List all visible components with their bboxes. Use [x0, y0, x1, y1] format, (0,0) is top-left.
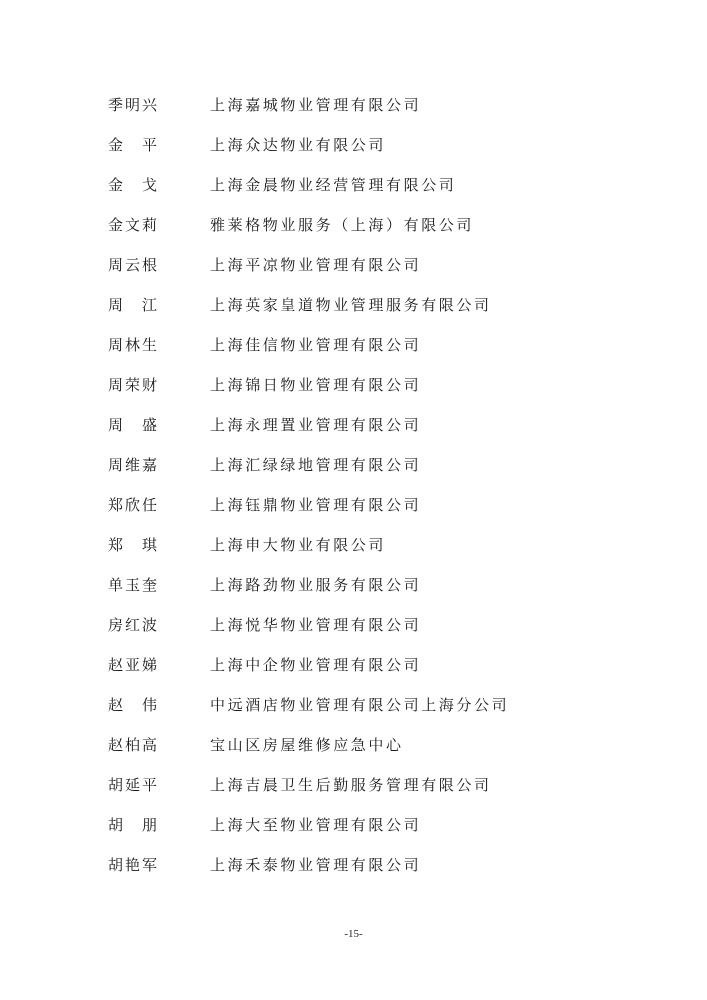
- person-name: 郑欣任: [108, 494, 210, 516]
- person-name: 金 戈: [108, 174, 210, 196]
- list-item: 周维嘉 上海汇绿绿地管理有限公司: [108, 454, 628, 494]
- list-item: 周云根 上海平凉物业管理有限公司: [108, 254, 628, 294]
- company-name: 上海英家皇道物业管理服务有限公司: [210, 294, 628, 316]
- company-name: 上海吉晨卫生后勤服务管理有限公司: [210, 774, 628, 796]
- person-name: 胡延平: [108, 774, 210, 796]
- page-number: -15-: [0, 928, 707, 940]
- company-name: 上海佳信物业管理有限公司: [210, 334, 628, 356]
- person-name: 周 江: [108, 294, 210, 316]
- list-item: 金 平 上海众达物业有限公司: [108, 134, 628, 174]
- list-item: 周林生 上海佳信物业管理有限公司: [108, 334, 628, 374]
- list-item: 周荣财 上海锦日物业管理有限公司: [108, 374, 628, 414]
- person-name: 赵亚娣: [108, 654, 210, 676]
- list-item: 胡 朋 上海大至物业管理有限公司: [108, 814, 628, 854]
- list-item: 季明兴 上海嘉城物业管理有限公司: [108, 94, 628, 134]
- person-name: 单玉奎: [108, 574, 210, 596]
- company-name: 中远酒店物业管理有限公司上海分公司: [210, 694, 628, 716]
- company-name: 上海永理置业管理有限公司: [210, 414, 628, 436]
- person-name: 周 盛: [108, 414, 210, 436]
- list-item: 周 盛 上海永理置业管理有限公司: [108, 414, 628, 454]
- list-item: 金文莉 雅莱格物业服务（上海）有限公司: [108, 214, 628, 254]
- list-item: 郑欣任 上海钰鼎物业管理有限公司: [108, 494, 628, 534]
- list-item: 周 江 上海英家皇道物业管理服务有限公司: [108, 294, 628, 334]
- person-name: 赵 伟: [108, 694, 210, 716]
- list-item: 胡艳军 上海禾泰物业管理有限公司: [108, 854, 628, 894]
- person-name: 金文莉: [108, 214, 210, 236]
- person-name: 周荣财: [108, 374, 210, 396]
- company-name: 上海金晨物业经营管理有限公司: [210, 174, 628, 196]
- company-name: 上海中企物业管理有限公司: [210, 654, 628, 676]
- person-name: 季明兴: [108, 94, 210, 116]
- person-name: 赵柏高: [108, 734, 210, 756]
- list-item: 赵 伟 中远酒店物业管理有限公司上海分公司: [108, 694, 628, 734]
- person-name: 周维嘉: [108, 454, 210, 476]
- company-name: 宝山区房屋维修应急中心: [210, 734, 628, 756]
- list-item: 郑 琪 上海申大物业有限公司: [108, 534, 628, 574]
- company-name: 雅莱格物业服务（上海）有限公司: [210, 214, 628, 236]
- person-name: 周林生: [108, 334, 210, 356]
- company-name: 上海悦华物业管理有限公司: [210, 614, 628, 636]
- company-name: 上海禾泰物业管理有限公司: [210, 854, 628, 876]
- company-name: 上海路劲物业服务有限公司: [210, 574, 628, 596]
- company-name: 上海钰鼎物业管理有限公司: [210, 494, 628, 516]
- list-item: 赵亚娣 上海中企物业管理有限公司: [108, 654, 628, 694]
- company-name: 上海锦日物业管理有限公司: [210, 374, 628, 396]
- person-name: 房红波: [108, 614, 210, 636]
- company-name: 上海申大物业有限公司: [210, 534, 628, 556]
- company-name: 上海众达物业有限公司: [210, 134, 628, 156]
- list-item: 房红波 上海悦华物业管理有限公司: [108, 614, 628, 654]
- company-name: 上海嘉城物业管理有限公司: [210, 94, 628, 116]
- company-name: 上海汇绿绿地管理有限公司: [210, 454, 628, 476]
- list-item: 单玉奎 上海路劲物业服务有限公司: [108, 574, 628, 614]
- person-name: 胡艳军: [108, 854, 210, 876]
- company-name: 上海平凉物业管理有限公司: [210, 254, 628, 276]
- person-name: 胡 朋: [108, 814, 210, 836]
- person-name: 周云根: [108, 254, 210, 276]
- list-item: 赵柏高 宝山区房屋维修应急中心: [108, 734, 628, 774]
- list-item: 金 戈 上海金晨物业经营管理有限公司: [108, 174, 628, 214]
- list-item: 胡延平 上海吉晨卫生后勤服务管理有限公司: [108, 774, 628, 814]
- document-page: 季明兴 上海嘉城物业管理有限公司 金 平 上海众达物业有限公司 金 戈 上海金晨…: [0, 0, 707, 1000]
- name-company-list: 季明兴 上海嘉城物业管理有限公司 金 平 上海众达物业有限公司 金 戈 上海金晨…: [108, 94, 628, 894]
- company-name: 上海大至物业管理有限公司: [210, 814, 628, 836]
- person-name: 金 平: [108, 134, 210, 156]
- person-name: 郑 琪: [108, 534, 210, 556]
